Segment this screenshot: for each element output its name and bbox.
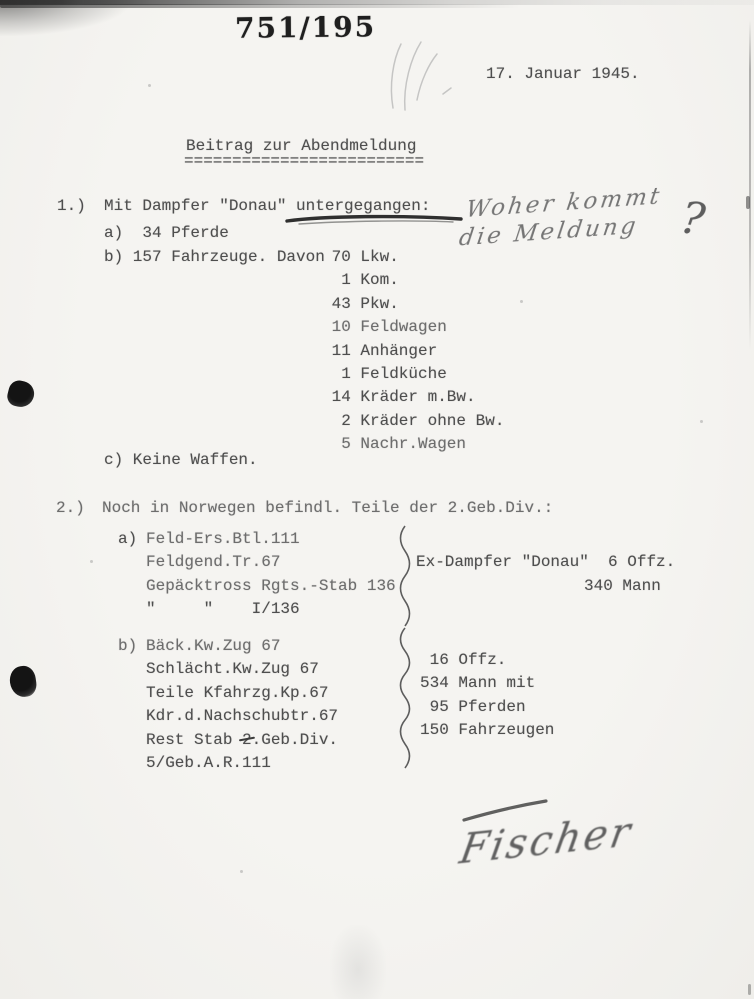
- unit-row: Gepäcktross Rgts.-Stab 136: [146, 578, 396, 601]
- total-qty: 16: [420, 652, 449, 675]
- vehicle-label: Kräder m.Bw.: [351, 389, 476, 412]
- vehicle-label: Kräder ohne Bw.: [351, 413, 505, 436]
- vehicle-label: Pkw.: [351, 296, 399, 319]
- vehicle-row: 43Pkw.: [322, 296, 504, 319]
- brace-group-b: [394, 628, 414, 770]
- vehicle-row: 2Kräder ohne Bw.: [322, 413, 504, 436]
- scan-corner-smudge: [0, 0, 130, 36]
- section2-number: 2.): [56, 500, 85, 517]
- vehicle-qty: 70: [322, 249, 351, 272]
- section1-number: 1.): [57, 198, 86, 215]
- vehicle-qty: 1: [322, 366, 351, 389]
- unit-row: Feldgend.Tr.67: [146, 554, 396, 577]
- total-qty: 150: [420, 722, 449, 745]
- unit-row: Bäck.Kw.Zug 67: [146, 638, 338, 661]
- total-label: Pferden: [449, 699, 526, 722]
- total-label: Mann mit: [449, 675, 535, 698]
- unit-row: Rest Stab 2.Geb.Div.: [146, 732, 338, 755]
- vehicle-label: Lkw.: [351, 249, 399, 272]
- pencil-squiggle-mark: [355, 30, 465, 115]
- vehicle-qty: 10: [322, 319, 351, 342]
- scan-bottom-smudge: [330, 925, 386, 999]
- vehicle-qty: 2: [322, 413, 351, 436]
- vehicle-qty: 1: [322, 272, 351, 295]
- vehicle-row: 5Nachr.Wagen: [322, 436, 504, 459]
- paper-speck: [90, 560, 93, 563]
- vehicle-label: Nachr.Wagen: [351, 436, 466, 459]
- scanned-document-page: 751/195 17. Januar 1945. Beitrag zur Abe…: [0, 0, 754, 999]
- total-row: 150Fahrzeugen: [420, 722, 554, 745]
- unit-row: " " I/136: [146, 601, 396, 624]
- ink-blot-lower: [8, 664, 38, 698]
- vehicle-row: 11Anhänger: [322, 343, 504, 366]
- group-b-label: b): [118, 638, 137, 655]
- vehicle-qty: 5: [322, 436, 351, 459]
- paper-speck: [700, 420, 703, 423]
- unit-row: Schlächt.Kw.Zug 67: [146, 661, 338, 684]
- group-a-unit-list: Feld-Ers.Btl.111 Feldgend.Tr.67 Gepäcktr…: [146, 531, 396, 625]
- brace-group-a: [394, 526, 414, 626]
- total-row: 95Pferden: [420, 699, 554, 722]
- paper-speck: [148, 84, 151, 87]
- group-a-total-line1: Ex-Dampfer "Donau" 6 Offz.: [416, 554, 675, 571]
- vehicle-row: 70Lkw.: [322, 249, 504, 272]
- total-qty: 534: [420, 675, 449, 698]
- group-b-totals: 16Offz. 534Mann mit 95Pferden 150Fahrzeu…: [420, 652, 554, 746]
- pencil-underline: [283, 212, 478, 230]
- total-label: Offz.: [449, 652, 507, 675]
- vehicle-row: 14Kräder m.Bw.: [322, 389, 504, 412]
- vehicle-list: 70Lkw. 1Kom. 43Pkw. 10Feldwagen 11Anhäng…: [322, 249, 504, 460]
- vehicle-row: 10Feldwagen: [322, 319, 504, 342]
- handwritten-question-mark: ?: [678, 193, 708, 247]
- paper-speck: [520, 300, 523, 303]
- scan-right-edge-mark: [746, 196, 750, 209]
- vehicle-label: Anhänger: [351, 343, 437, 366]
- scan-bottom-right-mark: [748, 984, 751, 995]
- vehicle-label: Kom.: [351, 272, 399, 295]
- total-label: Fahrzeugen: [449, 722, 555, 745]
- vehicle-label: Feldküche: [351, 366, 447, 389]
- total-qty: 95: [420, 699, 449, 722]
- unit-row: Kdr.d.Nachschubtr.67: [146, 708, 338, 731]
- vehicle-qty: 11: [322, 343, 351, 366]
- group-a-total-line2: 340 Mann: [584, 578, 661, 595]
- total-row: 16Offz.: [420, 652, 554, 675]
- vehicle-qty: 43: [322, 296, 351, 319]
- vehicle-qty: 14: [322, 389, 351, 412]
- group-a-label: a): [118, 531, 137, 548]
- unit-row: 5/Geb.A.R.111: [146, 755, 338, 778]
- ink-blot-upper: [5, 378, 37, 410]
- scan-right-edge-line: [749, 20, 751, 350]
- unit-row: Feld-Ers.Btl.111: [146, 531, 396, 554]
- group-b-unit-list: Bäck.Kw.Zug 67 Schlächt.Kw.Zug 67 Teile …: [146, 638, 338, 778]
- unit-row: Teile Kfahrzg.Kp.67: [146, 685, 338, 708]
- section2-heading: Noch in Norwegen befindl. Teile der 2.Ge…: [102, 500, 553, 517]
- title-underline: =========================: [184, 153, 424, 170]
- section1-item-a: a) 34 Pferde: [104, 225, 229, 242]
- section1-item-c: c) Keine Waffen.: [104, 452, 258, 469]
- total-row: 534Mann mit: [420, 675, 554, 698]
- vehicle-label: Feldwagen: [351, 319, 447, 342]
- document-date: 17. Januar 1945.: [486, 66, 640, 83]
- vehicle-row: 1Feldküche: [322, 366, 504, 389]
- vehicle-row: 1Kom.: [322, 272, 504, 295]
- section1-item-b: b) 157 Fahrzeuge. Davon: [104, 249, 325, 266]
- paper-speck: [240, 870, 243, 873]
